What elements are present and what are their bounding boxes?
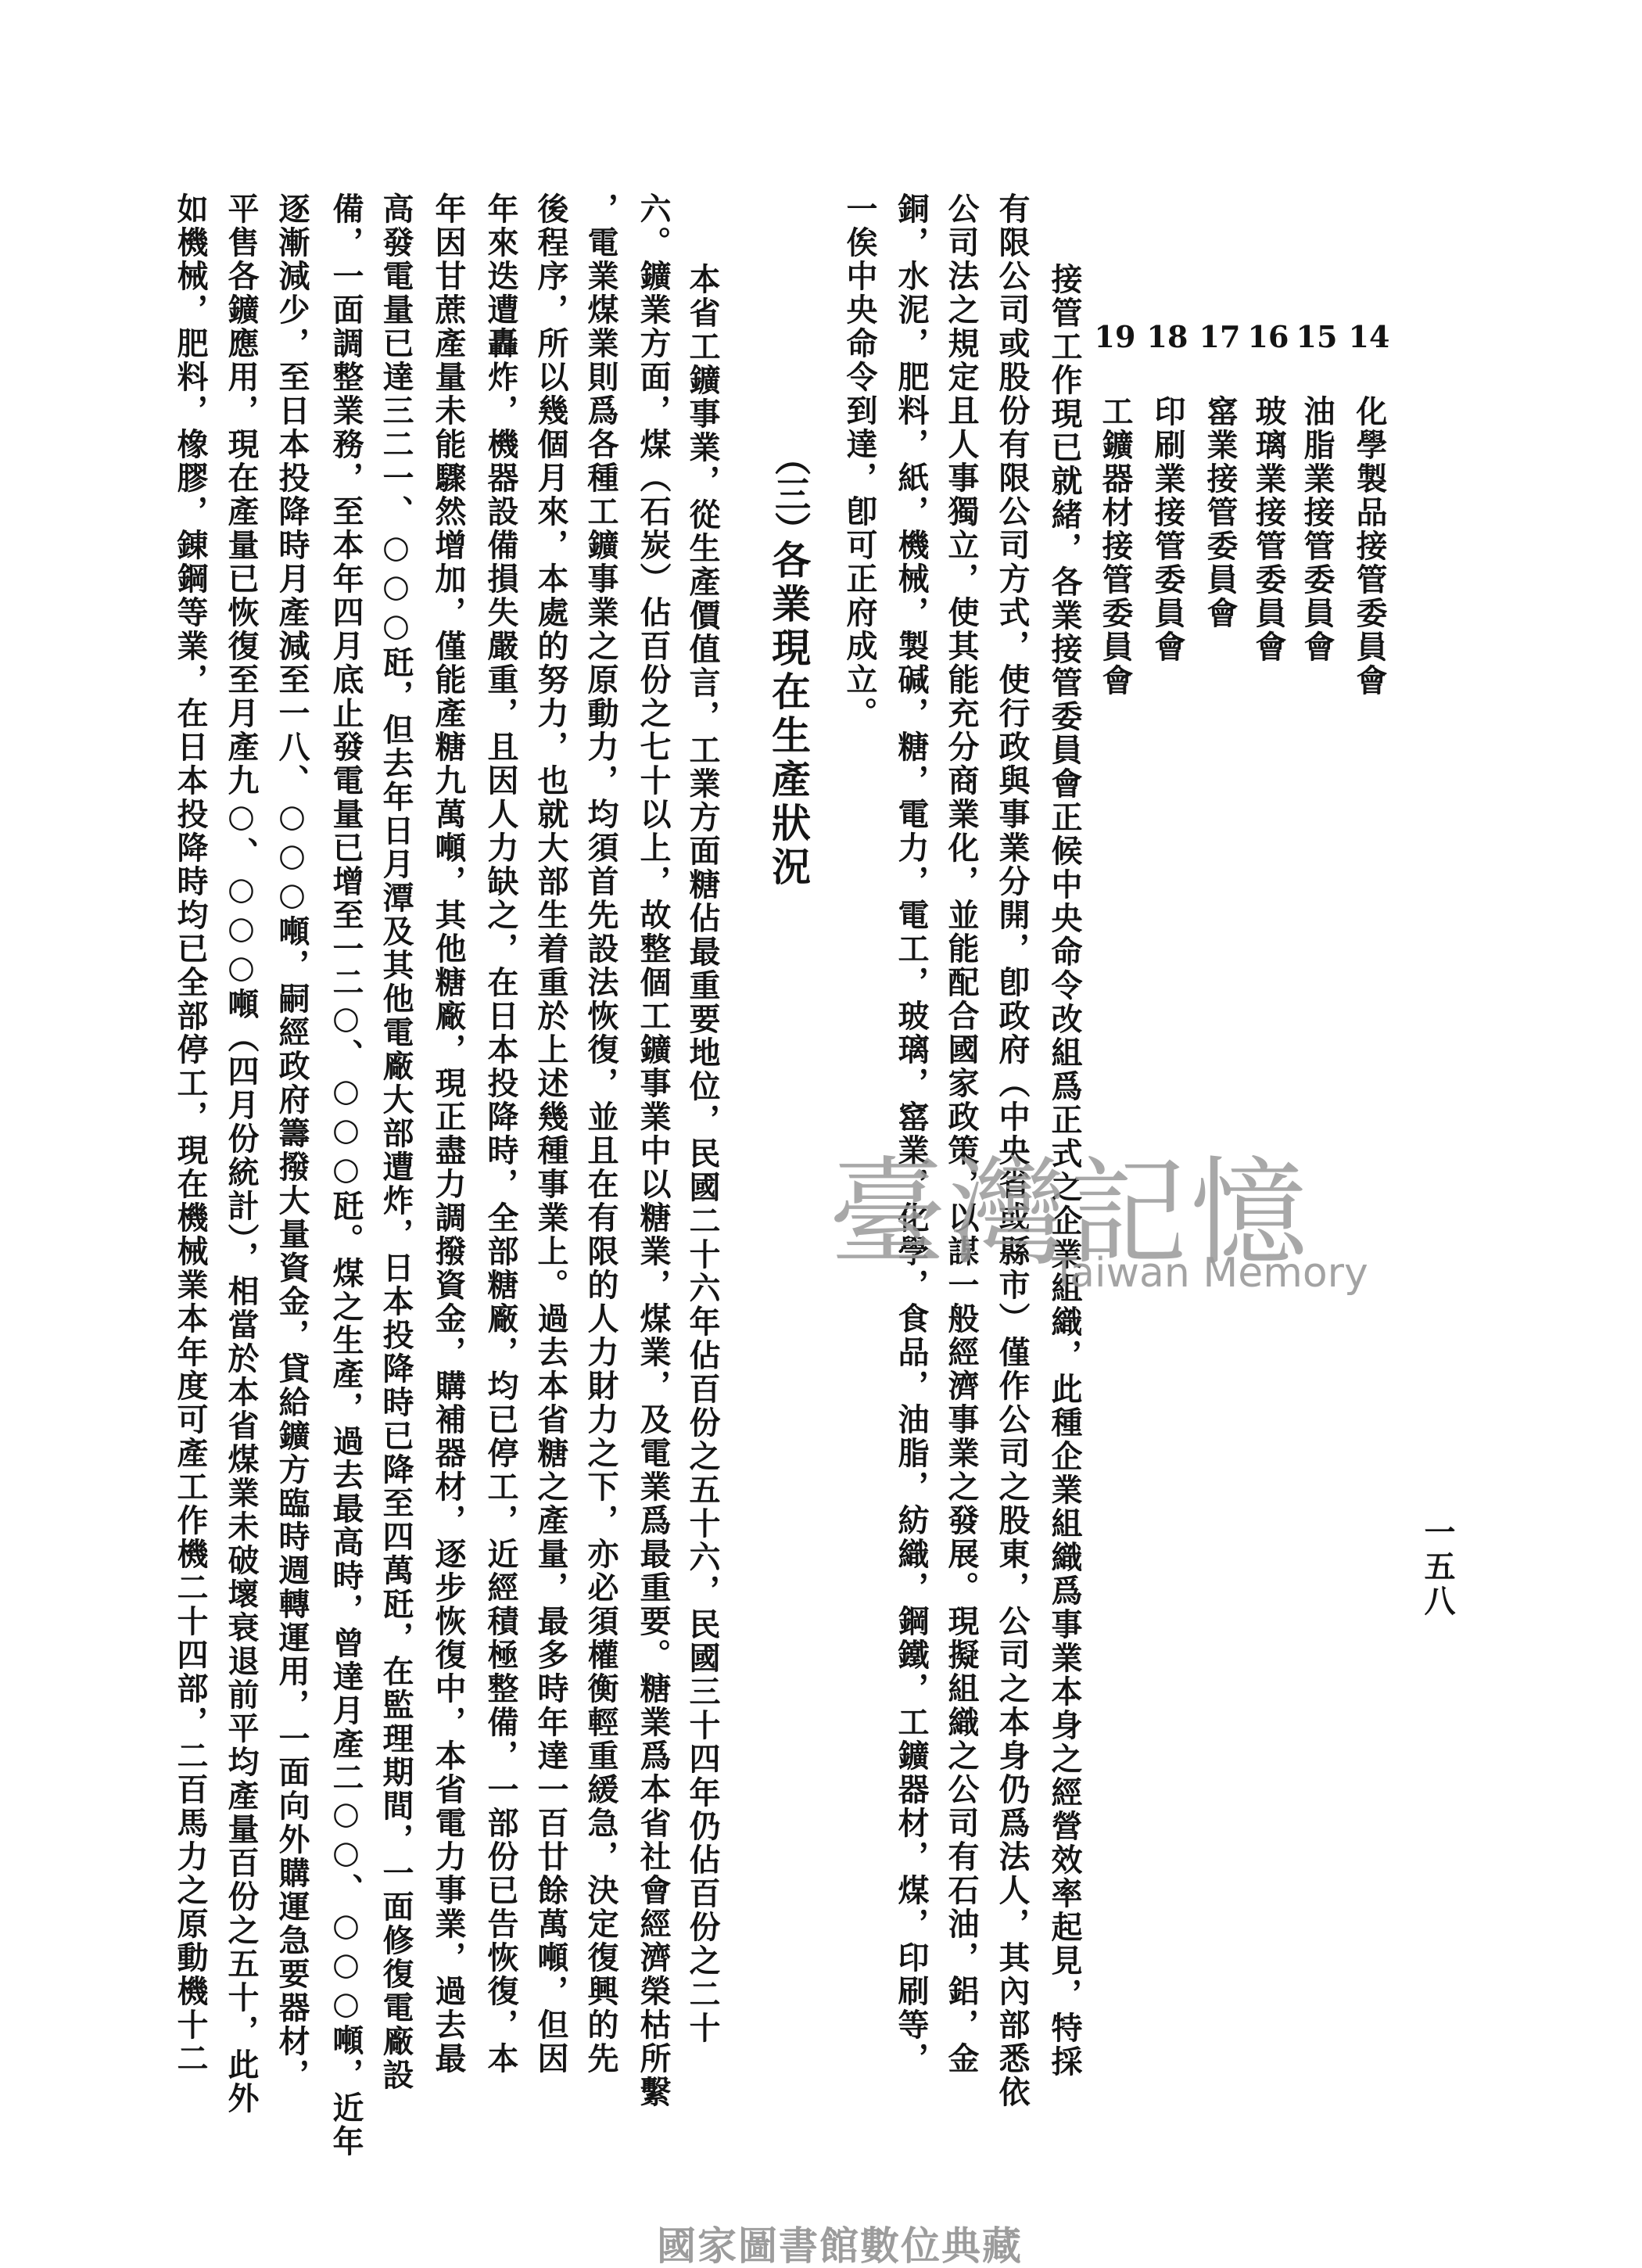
committee-number: 19 [1095,319,1136,354]
text-column: 備，一面調整業務，至本年四月底止發電量已增至一二○、○○○瓩。煤之生產，過去最高… [328,192,363,2159]
committee-number: 14 [1349,319,1390,354]
text-column: 六。鑛業方面，煤（石炭）佔百份之七十以上，故整個工鑛事業中以糖業，煤業，及電業爲… [636,192,670,2109]
text-column: 本省工鑛事業，從生產價值言，工業方面糖佔最重要地位，民國二十六年佔百份之五十六，… [685,263,719,2045]
text-column: 逐漸減少，至日本投降時月產減至一八、○○○噸，嗣經政府籌撥大量資金，貸給鑛方臨時… [274,192,309,2092]
committee-number: 17 [1199,319,1241,354]
section-number: （三） [765,440,816,547]
page-number: 一五八 [1415,1516,1460,1619]
text-column: 平售各鑛應用，現在產量已恢復至月產九○、○○○噸（四月份統計），相當於本省煤業未… [224,192,258,2115]
committee-name: 玻璃業接管委員會 [1251,395,1285,664]
text-column: 如機械，肥料，橡膠，錬鋼等業，在日本投降時均已全部停工，現在機械業本年度可產工作… [173,192,207,2076]
committee-name: 油脂業接管委員會 [1300,395,1334,664]
committee-name: 化學製品接管委員會 [1352,395,1386,698]
committee-number: 18 [1147,319,1188,354]
text-column: 高發電量已達三二一、○○○瓩，但去年日月潭及其他電廠大部遭炸，日本投降時已降至四… [378,192,413,2092]
committee-number: 16 [1248,319,1289,354]
committee-name: 印刷業接管委員會 [1150,395,1185,664]
section-title: 各業現在生產狀況 [760,540,816,890]
text-column: 年來迭遭轟炸，機器設備損失嚴重，且因人力缺之，在日本投降時，全部糖廠，均已停工，… [483,192,518,2076]
library-footer: 國家圖書館數位典藏 [657,2215,1023,2268]
committee-name: 工鑛器材接管委員會 [1098,395,1132,698]
committee-name: 窰業接管委員會 [1203,395,1237,630]
text-column: 後程序，所以幾個月來，本處的努力，也就大部生着重於上述幾種事業上。過去本省糖之產… [533,192,568,2076]
taiwan-memory-watermark-en: Taiwan Memory [1052,1250,1368,1297]
text-column: 年因甘蔗產量未能驟然增加，僅能產糖九萬噸，其他糖廠，現正盡力調撥資金，購補器材，… [431,192,465,2076]
text-column: 一俟中央命令到達，卽可正府成立。 [842,192,877,730]
committee-number: 15 [1296,319,1338,354]
text-column: ，電業煤業則爲各種工鑛事業之原動力，均須首先設法恢復，並且在有限的人力財力之下，… [583,192,618,2076]
